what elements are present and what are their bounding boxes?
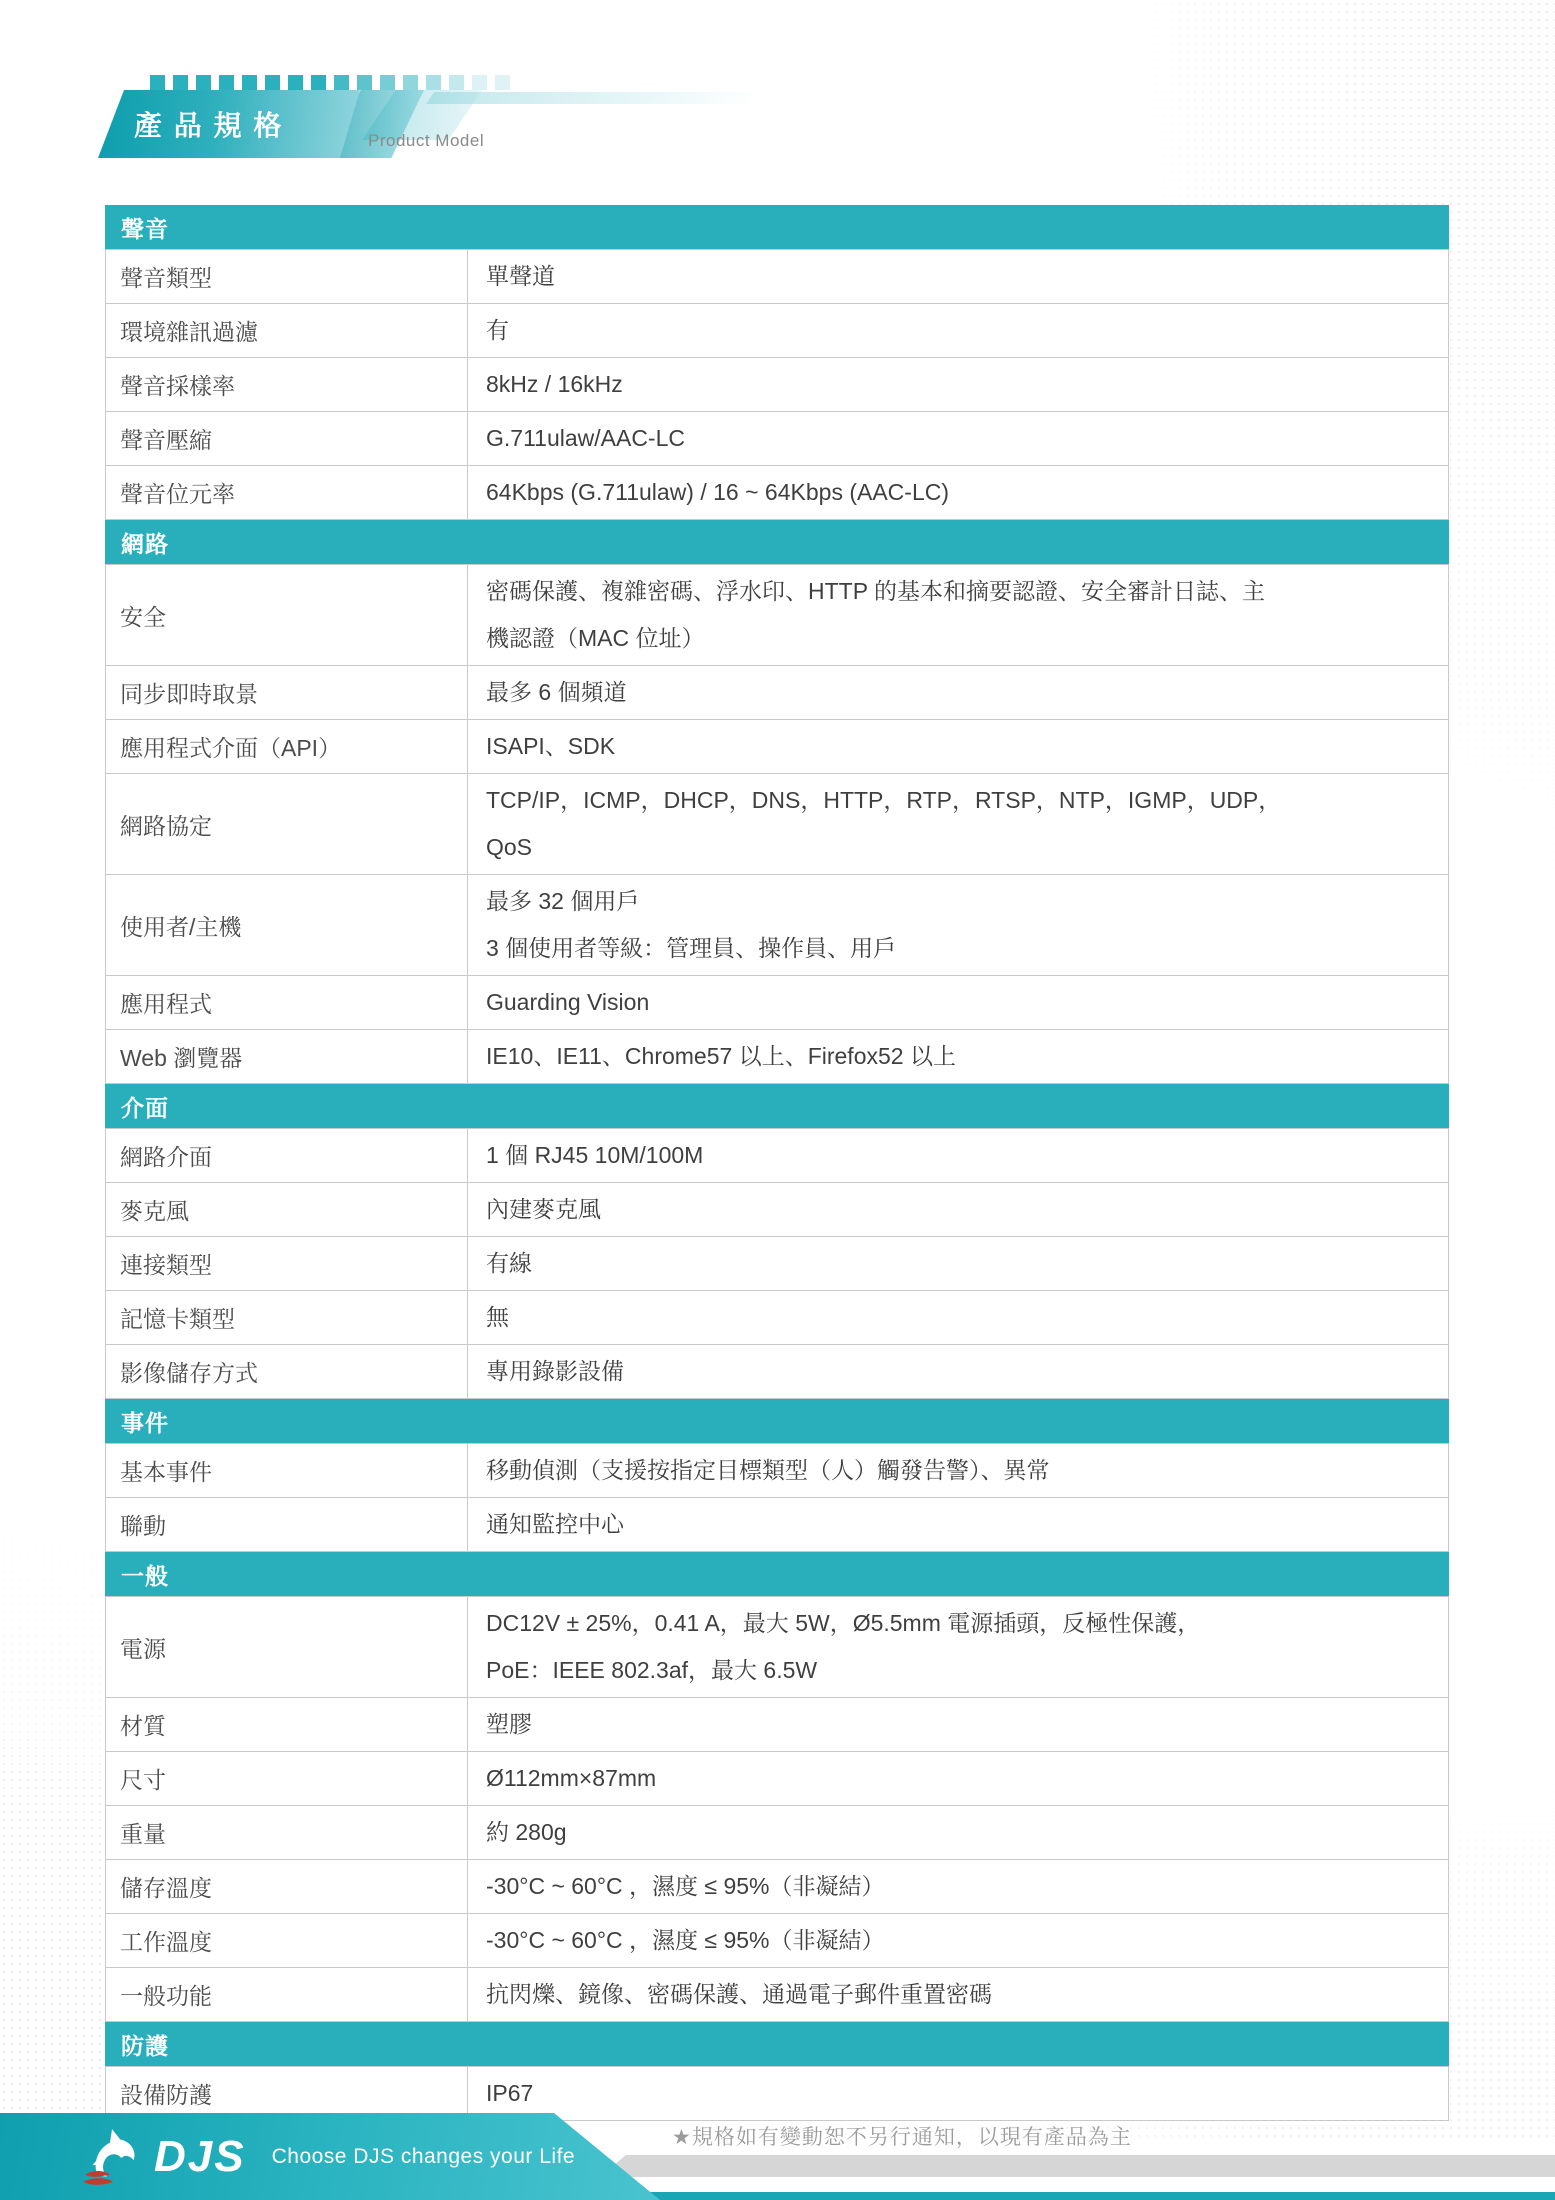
header-dot	[357, 75, 372, 90]
header-dot	[495, 75, 510, 90]
spec-value-line: IE10、IE11、Chrome57 以上、Firefox52 以上	[486, 1033, 1430, 1080]
spec-label: 聯動	[106, 1498, 468, 1551]
spec-label: 材質	[106, 1698, 468, 1751]
spec-label: 網路協定	[106, 774, 468, 874]
table-row: 材質塑膠	[105, 1698, 1449, 1752]
spec-value-line: Ø112mm×87mm	[486, 1755, 1430, 1802]
header-dot	[265, 75, 280, 90]
header-dot	[403, 75, 418, 90]
header-dots-decoration	[150, 75, 510, 90]
spec-label: 影像儲存方式	[106, 1345, 468, 1398]
table-row: 應用程式Guarding Vision	[105, 976, 1449, 1030]
page-title: 產 品 規 格	[134, 104, 283, 144]
table-row: 安全密碼保護、複雜密碼、浮水印、HTTP 的基本和摘要認證、安全審計日誌、主機認…	[105, 564, 1449, 666]
section-header: 網路	[105, 520, 1449, 564]
spec-value: 移動偵測（支援按指定目標類型（人）觸發告警）、異常	[468, 1444, 1448, 1497]
spec-value-line: G.711ulaw/AAC-LC	[486, 415, 1430, 462]
spec-value-line: 約 280g	[486, 1809, 1430, 1856]
spec-label: 基本事件	[106, 1444, 468, 1497]
spec-value-line: TCP/IP，ICMP，DHCP，DNS，HTTP，RTP，RTSP，NTP，I…	[486, 777, 1430, 824]
spec-value: 8kHz / 16kHz	[468, 358, 1448, 411]
spec-value: 無	[468, 1291, 1448, 1344]
table-row: 尺寸Ø112mm×87mm	[105, 1752, 1449, 1806]
spec-value: Ø112mm×87mm	[468, 1752, 1448, 1805]
spec-value: 密碼保護、複雜密碼、浮水印、HTTP 的基本和摘要認證、安全審計日誌、主機認證（…	[468, 565, 1448, 665]
spec-label: 使用者/主機	[106, 875, 468, 975]
spec-value-line: 單聲道	[486, 253, 1430, 300]
spec-label: 應用程式介面（API）	[106, 720, 468, 773]
spec-label: 儲存溫度	[106, 1860, 468, 1913]
spec-label: 一般功能	[106, 1968, 468, 2021]
header-dot	[219, 75, 234, 90]
spec-value-line: 密碼保護、複雜密碼、浮水印、HTTP 的基本和摘要認證、安全審計日誌、主	[486, 568, 1430, 615]
spec-label: 工作溫度	[106, 1914, 468, 1967]
spec-label: 聲音類型	[106, 250, 468, 303]
spec-value-line: ISAPI、SDK	[486, 723, 1430, 770]
table-row: 一般功能抗閃爍、鏡像、密碼保護、通過電子郵件重置密碼	[105, 1968, 1449, 2022]
header-dot	[288, 75, 303, 90]
table-row: 電源DC12V ± 25%，0.41 A，最大 5W，Ø5.5mm 電源插頭，反…	[105, 1596, 1449, 1698]
spec-value: TCP/IP，ICMP，DHCP，DNS，HTTP，RTP，RTSP，NTP，I…	[468, 774, 1448, 874]
spec-value-line: Guarding Vision	[486, 979, 1430, 1026]
spec-value: DC12V ± 25%，0.41 A，最大 5W，Ø5.5mm 電源插頭，反極性…	[468, 1597, 1448, 1697]
spec-value: -30°C ~ 60°C ，濕度 ≤ 95%（非凝結）	[468, 1860, 1448, 1913]
spec-value-line: -30°C ~ 60°C ，濕度 ≤ 95%（非凝結）	[486, 1917, 1430, 1964]
spec-value-line: 8kHz / 16kHz	[486, 361, 1430, 408]
spec-label: 安全	[106, 565, 468, 665]
spec-value-line: 有	[486, 307, 1430, 354]
spec-label: 連接類型	[106, 1237, 468, 1290]
spec-label: 尺寸	[106, 1752, 468, 1805]
spec-value: 單聲道	[468, 250, 1448, 303]
spec-value: 約 280g	[468, 1806, 1448, 1859]
table-row: 影像儲存方式專用錄影設備	[105, 1345, 1449, 1399]
spec-value: Guarding Vision	[468, 976, 1448, 1029]
section-header: 事件	[105, 1399, 1449, 1443]
spec-value-line: 內建麥克風	[486, 1186, 1430, 1233]
spec-label: 應用程式	[106, 976, 468, 1029]
section-header: 一般	[105, 1552, 1449, 1596]
spec-value: 有	[468, 304, 1448, 357]
spec-label: Web 瀏覽器	[106, 1030, 468, 1083]
page-subtitle: Product Model	[368, 131, 484, 151]
table-row: 麥克風內建麥克風	[105, 1183, 1449, 1237]
table-row: 網路介面1 個 RJ45 10M/100M	[105, 1128, 1449, 1183]
spec-value-line: 塑膠	[486, 1701, 1430, 1748]
table-row: 記憶卡類型無	[105, 1291, 1449, 1345]
spec-label: 環境雜訊過濾	[106, 304, 468, 357]
header-dot	[426, 75, 441, 90]
footer-note: ★規格如有變動恕不另行通知，以現有產品為主	[672, 2121, 1132, 2151]
table-row: 聲音類型單聲道	[105, 249, 1449, 304]
spec-value-line: 通知監控中心	[486, 1501, 1430, 1548]
spec-value-line: 3 個使用者等級：管理員、操作員、用戶	[486, 925, 1430, 972]
spec-value-line: 64Kbps (G.711ulaw) / 16 ~ 64Kbps (AAC-LC…	[486, 469, 1430, 516]
spec-value: 專用錄影設備	[468, 1345, 1448, 1398]
header-dot	[150, 75, 165, 90]
spec-label: 電源	[106, 1597, 468, 1697]
header-dot	[196, 75, 211, 90]
header-dot	[334, 75, 349, 90]
table-row: Web 瀏覽器IE10、IE11、Chrome57 以上、Firefox52 以…	[105, 1030, 1449, 1084]
table-row: 使用者/主機最多 32 個用戶3 個使用者等級：管理員、操作員、用戶	[105, 875, 1449, 976]
spec-value-line: -30°C ~ 60°C ，濕度 ≤ 95%（非凝結）	[486, 1863, 1430, 1910]
header-dot	[173, 75, 188, 90]
page-title-banner: 產 品 規 格	[98, 90, 360, 158]
spec-value: G.711ulaw/AAC-LC	[468, 412, 1448, 465]
spec-value: 塑膠	[468, 1698, 1448, 1751]
brand-name: DJS	[154, 2132, 246, 2182]
spec-value: 1 個 RJ45 10M/100M	[468, 1129, 1448, 1182]
spec-value: 內建麥克風	[468, 1183, 1448, 1236]
spec-value-line: 專用錄影設備	[486, 1348, 1430, 1395]
spec-value: IE10、IE11、Chrome57 以上、Firefox52 以上	[468, 1030, 1448, 1083]
table-row: 工作溫度-30°C ~ 60°C ，濕度 ≤ 95%（非凝結）	[105, 1914, 1449, 1968]
spec-value-line: PoE：IEEE 802.3af，最大 6.5W	[486, 1647, 1430, 1694]
table-row: 聲音壓縮G.711ulaw/AAC-LC	[105, 412, 1449, 466]
header-dot	[311, 75, 326, 90]
footer: ★規格如有變動恕不另行通知，以現有產品為主 DJS Choose DJS cha…	[0, 2105, 1555, 2200]
spec-value: 通知監控中心	[468, 1498, 1448, 1551]
spec-label: 麥克風	[106, 1183, 468, 1236]
spec-value: ISAPI、SDK	[468, 720, 1448, 773]
spec-value-line: 1 個 RJ45 10M/100M	[486, 1132, 1430, 1179]
footer-gray-band	[600, 2155, 1555, 2177]
spec-value-line: DC12V ± 25%，0.41 A，最大 5W，Ø5.5mm 電源插頭，反極性…	[486, 1600, 1430, 1647]
spec-value: -30°C ~ 60°C ，濕度 ≤ 95%（非凝結）	[468, 1914, 1448, 1967]
section-header: 介面	[105, 1084, 1449, 1128]
table-row: 基本事件移動偵測（支援按指定目標類型（人）觸發告警）、異常	[105, 1443, 1449, 1498]
table-row: 重量約 280g	[105, 1806, 1449, 1860]
table-row: 儲存溫度-30°C ~ 60°C ，濕度 ≤ 95%（非凝結）	[105, 1860, 1449, 1914]
table-row: 應用程式介面（API）ISAPI、SDK	[105, 720, 1449, 774]
spec-label: 記憶卡類型	[106, 1291, 468, 1344]
section-header: 防護	[105, 2022, 1449, 2066]
horse-head-icon	[78, 2124, 144, 2190]
spec-value: 抗閃爍、鏡像、密碼保護、通過電子郵件重置密碼	[468, 1968, 1448, 2021]
spec-label: 聲音壓縮	[106, 412, 468, 465]
table-row: 網路協定TCP/IP，ICMP，DHCP，DNS，HTTP，RTP，RTSP，N…	[105, 774, 1449, 875]
spec-value: 最多 32 個用戶3 個使用者等級：管理員、操作員、用戶	[468, 875, 1448, 975]
spec-label: 聲音採樣率	[106, 358, 468, 411]
footer-brand-band: DJS Choose DJS changes your Life	[0, 2113, 660, 2200]
spec-value-line: 機認證（MAC 位址）	[486, 615, 1430, 662]
spec-value-line: 無	[486, 1294, 1430, 1341]
header-dot	[449, 75, 464, 90]
spec-label: 重量	[106, 1806, 468, 1859]
spec-value: 最多 6 個頻道	[468, 666, 1448, 719]
header-dot	[380, 75, 395, 90]
header-dot	[472, 75, 487, 90]
spec-value: 有線	[468, 1237, 1448, 1290]
table-row: 同步即時取景最多 6 個頻道	[105, 666, 1449, 720]
spec-label: 聲音位元率	[106, 466, 468, 519]
spec-value-line: 最多 6 個頻道	[486, 669, 1430, 716]
table-row: 聲音位元率64Kbps (G.711ulaw) / 16 ~ 64Kbps (A…	[105, 466, 1449, 520]
table-row: 環境雜訊過濾有	[105, 304, 1449, 358]
header-dot	[242, 75, 257, 90]
table-row: 聲音採樣率8kHz / 16kHz	[105, 358, 1449, 412]
brand-tagline: Choose DJS changes your Life	[272, 2145, 576, 2169]
spec-value-line: 最多 32 個用戶	[486, 878, 1430, 925]
section-header: 聲音	[105, 205, 1449, 249]
spec-value-line: 抗閃爍、鏡像、密碼保護、通過電子郵件重置密碼	[486, 1971, 1430, 2018]
spec-table: 聲音聲音類型單聲道環境雜訊過濾有聲音採樣率8kHz / 16kHz聲音壓縮G.7…	[105, 205, 1449, 2121]
spec-label: 網路介面	[106, 1129, 468, 1182]
spec-value-line: 有線	[486, 1240, 1430, 1287]
spec-value-line: QoS	[486, 824, 1430, 871]
spec-value: 64Kbps (G.711ulaw) / 16 ~ 64Kbps (AAC-LC…	[468, 466, 1448, 519]
spec-label: 同步即時取景	[106, 666, 468, 719]
spec-value-line: 移動偵測（支援按指定目標類型（人）觸發告警）、異常	[486, 1447, 1430, 1494]
table-row: 連接類型有線	[105, 1237, 1449, 1291]
table-row: 聯動通知監控中心	[105, 1498, 1449, 1552]
